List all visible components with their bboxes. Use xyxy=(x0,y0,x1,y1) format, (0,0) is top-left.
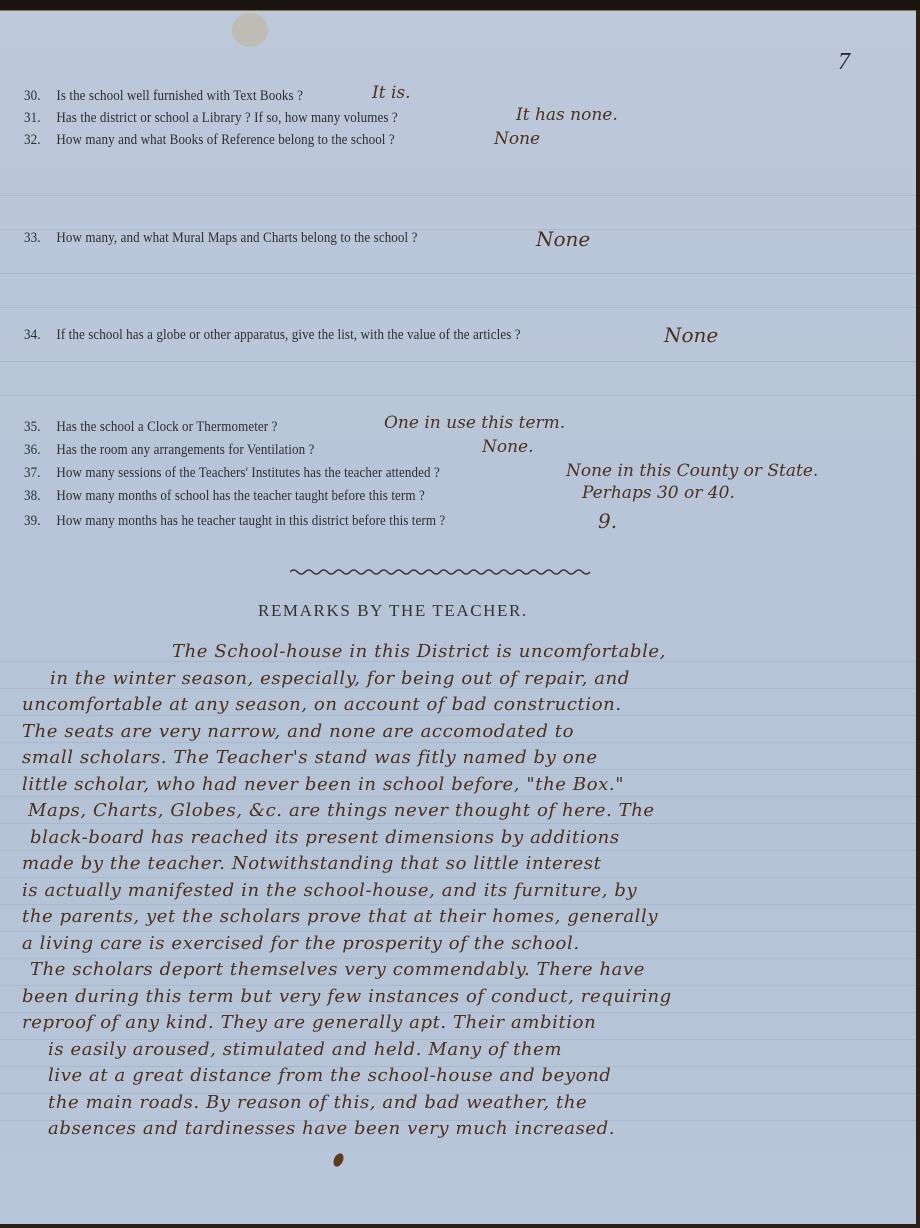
ruled-line xyxy=(0,307,916,308)
page-number: 7 xyxy=(838,49,850,76)
question-39: 39.How many months has he teacher taught… xyxy=(24,513,445,533)
remark-line: reproof of any kind. They are generally … xyxy=(22,1012,912,1039)
ink-blot xyxy=(331,1152,345,1168)
answer-32: None xyxy=(494,129,540,149)
teacher-remarks: The School-house in this District is unc… xyxy=(22,641,912,1145)
ruled-line xyxy=(0,361,916,362)
remark-line: absences and tardinesses have been very … xyxy=(22,1118,912,1145)
answer-37: None in this County or State. xyxy=(566,461,818,481)
question-37: 37.How many sessions of the Teachers' In… xyxy=(24,465,440,485)
answer-36: None. xyxy=(482,437,534,457)
answer-31: It has none. xyxy=(516,105,618,125)
remark-line: in the winter season, especially, for be… xyxy=(22,668,912,695)
question-text: Has the district or school a Library ? I… xyxy=(56,110,397,126)
question-text: How many months has he teacher taught in… xyxy=(56,513,445,529)
answer-30: It is. xyxy=(372,83,411,103)
answer-39: 9. xyxy=(598,509,617,533)
ruled-line xyxy=(0,195,916,196)
document-page: 7 30.Is the school well furnished with T… xyxy=(0,10,916,1225)
remark-line: The seats are very narrow, and none are … xyxy=(22,721,912,748)
wavy-divider xyxy=(290,567,592,577)
remarks-heading: REMARKS BY THE TEACHER. xyxy=(258,601,528,621)
question-text: How many, and what Mural Maps and Charts… xyxy=(56,230,417,246)
remark-line: live at a great distance from the school… xyxy=(22,1065,912,1092)
question-text: How many and what Books of Reference bel… xyxy=(56,132,394,148)
page-edge xyxy=(0,1224,920,1228)
question-number: 37. xyxy=(24,465,56,482)
question-number: 39. xyxy=(24,513,56,530)
ruled-line xyxy=(0,395,916,396)
remark-line: The School-house in this District is unc… xyxy=(22,641,912,668)
paper-stain xyxy=(232,13,268,47)
remark-line: made by the teacher. Notwithstanding tha… xyxy=(22,853,912,880)
remark-line: little scholar, who had never been in sc… xyxy=(22,774,912,801)
remark-line: black-board has reached its present dime… xyxy=(22,827,912,854)
remark-line: a living care is exercised for the prosp… xyxy=(22,933,912,960)
answer-35: One in use this term. xyxy=(384,413,565,433)
question-30: 30.Is the school well furnished with Tex… xyxy=(24,88,303,108)
question-36: 36.Has the room any arrangements for Ven… xyxy=(24,442,314,462)
ruled-line xyxy=(0,273,916,274)
question-number: 33. xyxy=(24,230,56,247)
question-35: 35.Has the school a Clock or Thermometer… xyxy=(24,419,277,439)
question-text: If the school has a globe or other appar… xyxy=(56,327,520,343)
question-number: 36. xyxy=(24,442,56,459)
remark-line: The scholars deport themselves very comm… xyxy=(22,959,912,986)
answer-34: None xyxy=(664,323,718,347)
question-31: 31.Has the district or school a Library … xyxy=(24,110,398,130)
question-number: 35. xyxy=(24,419,56,436)
question-text: Is the school well furnished with Text B… xyxy=(56,88,303,104)
question-text: How many months of school has the teache… xyxy=(56,488,424,504)
answer-38: Perhaps 30 or 40. xyxy=(582,483,735,503)
remark-line: is actually manifested in the school-hou… xyxy=(22,880,912,907)
question-34: 34.If the school has a globe or other ap… xyxy=(24,327,521,347)
remark-line: small scholars. The Teacher's stand was … xyxy=(22,747,912,774)
question-text: Has the room any arrangements for Ventil… xyxy=(56,442,314,458)
question-number: 30. xyxy=(24,88,56,105)
question-number: 32. xyxy=(24,132,56,149)
remark-line: the main roads. By reason of this, and b… xyxy=(22,1092,912,1119)
remark-line: Maps, Charts, Globes, &c. are things nev… xyxy=(22,800,912,827)
question-32: 32.How many and what Books of Reference … xyxy=(24,132,395,152)
question-number: 38. xyxy=(24,488,56,505)
answer-33: None xyxy=(536,227,590,251)
question-text: How many sessions of the Teachers' Insti… xyxy=(56,465,439,481)
page-edge xyxy=(916,10,920,1228)
remark-line: been during this term but very few insta… xyxy=(22,986,912,1013)
question-number: 34. xyxy=(24,327,56,344)
remark-line: uncomfortable at any season, on account … xyxy=(22,694,912,721)
question-38: 38.How many months of school has the tea… xyxy=(24,488,425,508)
remark-line: is easily aroused, stimulated and held. … xyxy=(22,1039,912,1066)
question-33: 33.How many, and what Mural Maps and Cha… xyxy=(24,230,417,250)
question-number: 31. xyxy=(24,110,56,127)
question-text: Has the school a Clock or Thermometer ? xyxy=(56,419,277,435)
remark-line: the parents, yet the scholars prove that… xyxy=(22,906,912,933)
